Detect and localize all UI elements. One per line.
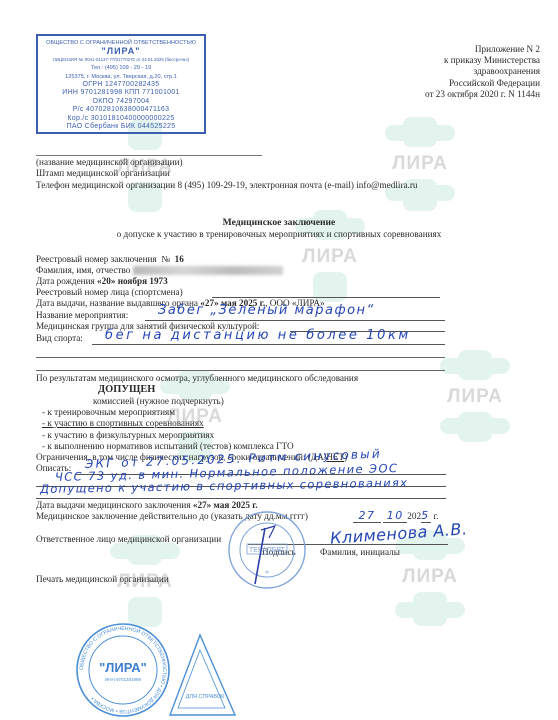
verdict: ДОПУЩЕН: [98, 384, 155, 395]
stamp-rs: Р/с 40702810638000471163: [38, 106, 204, 114]
org-name-caption: (название медицинской организации): [36, 157, 183, 168]
conclusion-issue-label: Дата выдачи медицинского заключения: [36, 500, 191, 510]
stamp-inn-kpp: ИНН 9701281998 КПП 771001001: [38, 89, 204, 97]
annex-line: Приложение N 2: [425, 44, 540, 55]
describe-line: [36, 498, 446, 499]
dob-row: Дата рождения «20» ноября 1973: [36, 276, 168, 287]
decision-intro: По результатам медицинского осмотра, угл…: [36, 373, 358, 384]
svg-text:ТЕРАПЕВТ: ТЕРАПЕВТ: [249, 547, 286, 554]
valid-month: 10: [383, 509, 407, 523]
number-sign: №: [161, 254, 170, 264]
watermark: ЛИРА: [440, 350, 510, 450]
stamp-name: "ЛИРА": [38, 47, 204, 55]
blank-line: [36, 370, 445, 371]
document-subtitle: о допуске к участию в тренировочных меро…: [0, 229, 558, 239]
organization-seal: ОБЩЕСТВО С ОГРАНИЧЕННОЙ ОТВЕТСТВЕННОСТЬЮ…: [75, 620, 275, 720]
redacted-name: [133, 266, 283, 275]
svg-text:*: *: [265, 569, 269, 578]
annex-line: от 23 октября 2020 г. N 1144н: [425, 89, 540, 100]
reg-number-row: Реестровый номер заключения № 16: [36, 254, 184, 265]
stamp-caption: Штамп медицинской организации: [36, 168, 170, 179]
reg-number-value: 16: [175, 254, 184, 264]
reg-number-label: Реестровый номер заключения: [36, 254, 157, 264]
fio-row: Фамилия, имя, отчество: [36, 265, 283, 276]
valid-year-end: г.: [433, 511, 438, 521]
sport-value: бег на дистанцию не более 10км: [105, 328, 411, 343]
doctor-stamp: ТЕРАПЕВТ *: [225, 508, 309, 592]
organization-stamp: ОБЩЕСТВО С ОГРАНИЧЕННОЙ ОТВЕТСТВЕННОСТЬЮ…: [36, 34, 206, 134]
svg-text:ДЛЯ СПРАВОК: ДЛЯ СПРАВОК: [186, 694, 225, 700]
stamp-ogrn: ОГРН 1247700282435: [38, 81, 204, 89]
document-title: Медицинское заключение: [0, 217, 558, 228]
stamp-address: 125375, г. Москва, ул. Тверская, д.20, с…: [38, 73, 204, 81]
blank-line: [36, 357, 445, 358]
annex-line: к приказу Министерства: [425, 55, 540, 66]
svg-text:ИНН 9701281998: ИНН 9701281998: [105, 677, 142, 682]
valid-year-prefix: 202: [407, 511, 421, 521]
svg-text:"ЛИРА": "ЛИРА": [99, 660, 147, 675]
contacts: Телефон медицинской организации 8 (495) …: [36, 180, 418, 191]
dob-label: Дата рождения: [36, 276, 95, 286]
seal-label: Печать медицинской организации: [36, 574, 169, 585]
watermark: ЛИРА: [395, 530, 465, 630]
option-training: - к тренировочным мероприятиям: [42, 407, 175, 418]
fio-label: Фамилия, имя, отчество: [36, 265, 130, 275]
event-value: Забег „Зеленый марафон“: [158, 303, 375, 318]
sport-line: [92, 344, 445, 345]
annex-line: здравоохранения: [425, 66, 540, 77]
watermark: ЛИРА: [385, 117, 455, 217]
dob-value: «20» ноября 1973: [97, 276, 168, 286]
option-physical-events: - к участию в физкультурных мероприятиях: [42, 430, 214, 441]
annex-line: Российской Федерации: [425, 78, 540, 89]
responsible-label: Ответственное лицо медицинской организац…: [36, 534, 221, 545]
valid-day: 27: [353, 509, 381, 523]
option-competitions: - к участию в спортивных соревнованиях: [42, 418, 204, 429]
stamp-okpo: ОКПО 74297004: [38, 98, 204, 106]
athlete-reg-row: Реестровый номер лица (спортсмена): [36, 287, 183, 298]
sport-label: Вид спорта:: [36, 333, 83, 344]
commission-caption: комиссией (нужное подчеркнуть): [93, 396, 224, 407]
org-name-line: [36, 155, 262, 156]
valid-until-value: 27 102025 г.: [353, 509, 438, 523]
event-label: Название мероприятия:: [36, 310, 128, 321]
name-caption: Фамилия, инициалы: [320, 547, 400, 558]
stamp-phone: Тел.: (495) 109 - 29 - 19: [38, 64, 204, 72]
annex-reference: Приложение N 2 к приказу Министерства зд…: [425, 44, 540, 100]
stamp-bank: ПАО Сбербанк БИК 044525225: [38, 123, 204, 131]
stamp-license: ЛИЦЕНЗИЯ № Л041-01137-77/01770270 от 24.…: [38, 56, 204, 64]
athlete-reg-label: Реестровый номер лица (спортсмена): [36, 287, 183, 297]
stamp-ks: Кор./с 30101810400000000225: [38, 115, 204, 123]
